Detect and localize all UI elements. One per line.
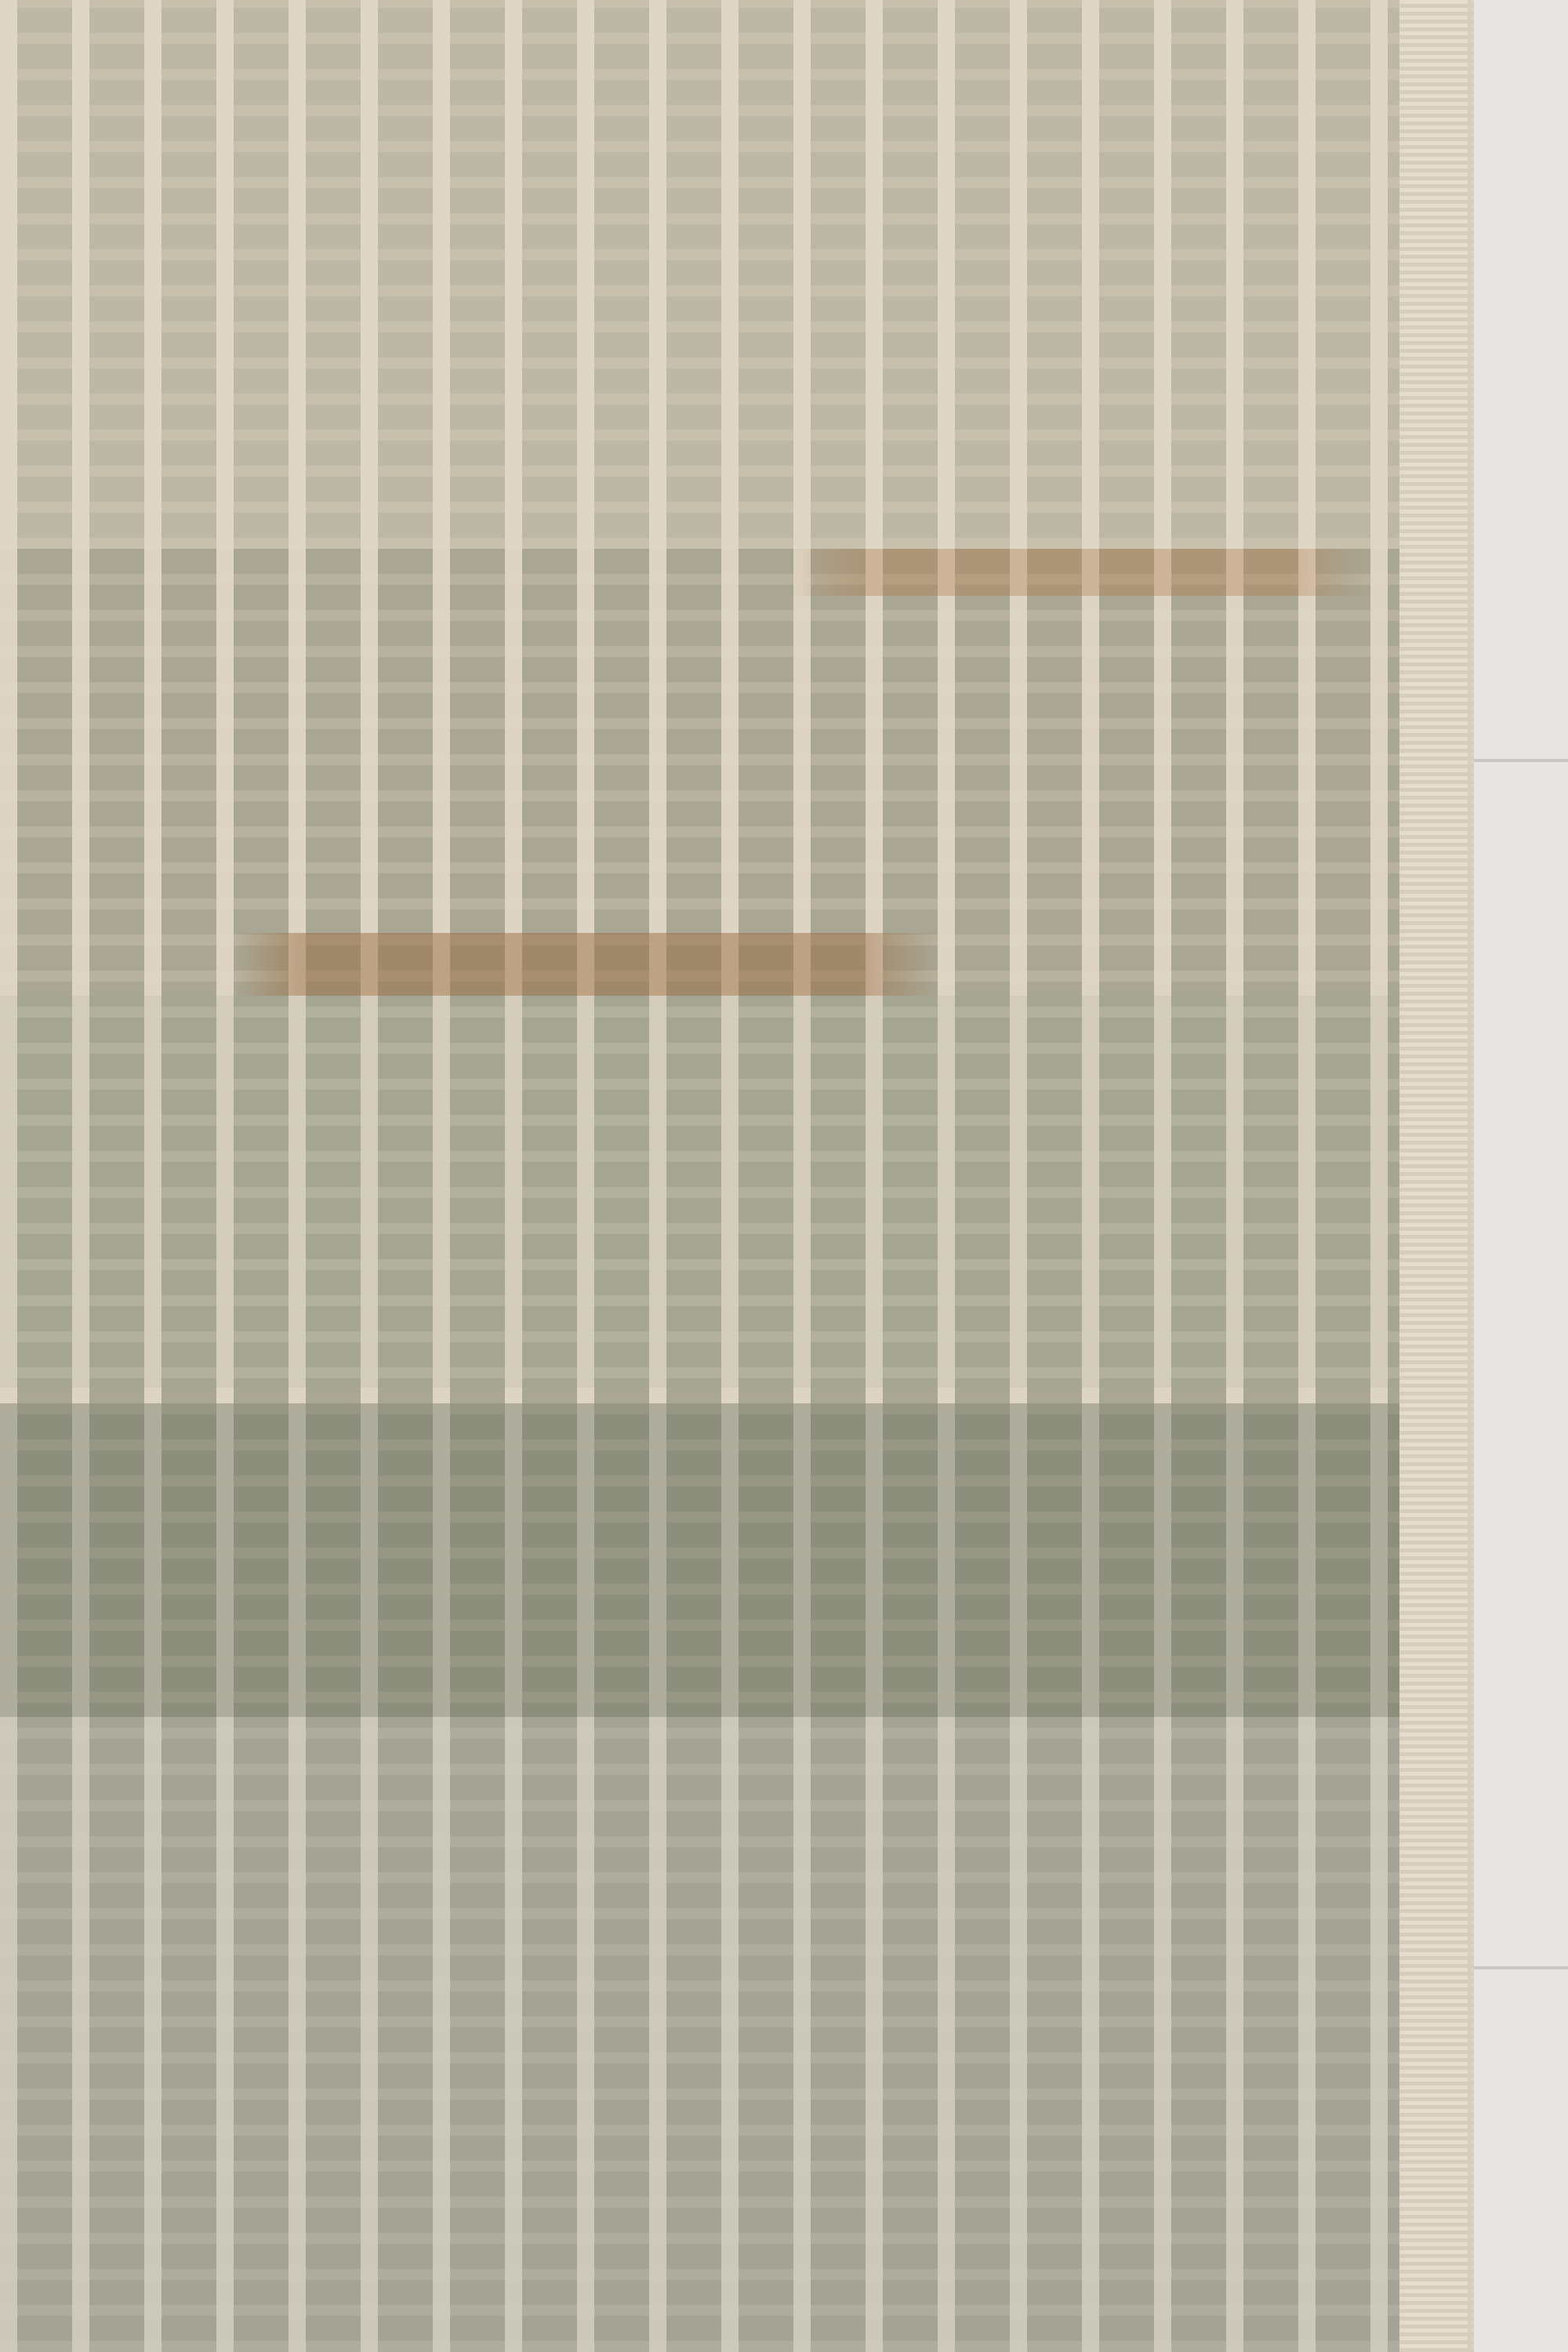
rug-band-rust-streak-2 bbox=[0, 933, 1399, 996]
tile-grout-line bbox=[1474, 759, 1568, 762]
rug-band-mid bbox=[0, 996, 1399, 1388]
rug bbox=[0, 0, 1474, 2352]
tile-grout-line bbox=[1474, 1966, 1568, 1969]
rug-selvedge-edge bbox=[1399, 0, 1474, 2352]
rug-band-upper-field bbox=[0, 0, 1399, 549]
rug-band-rust-streak-1 bbox=[0, 549, 1399, 596]
rug-band-lower-field bbox=[0, 1717, 1399, 2352]
rug-band-dark bbox=[0, 1403, 1399, 1717]
rug-edge-fringe bbox=[1468, 0, 1474, 2352]
